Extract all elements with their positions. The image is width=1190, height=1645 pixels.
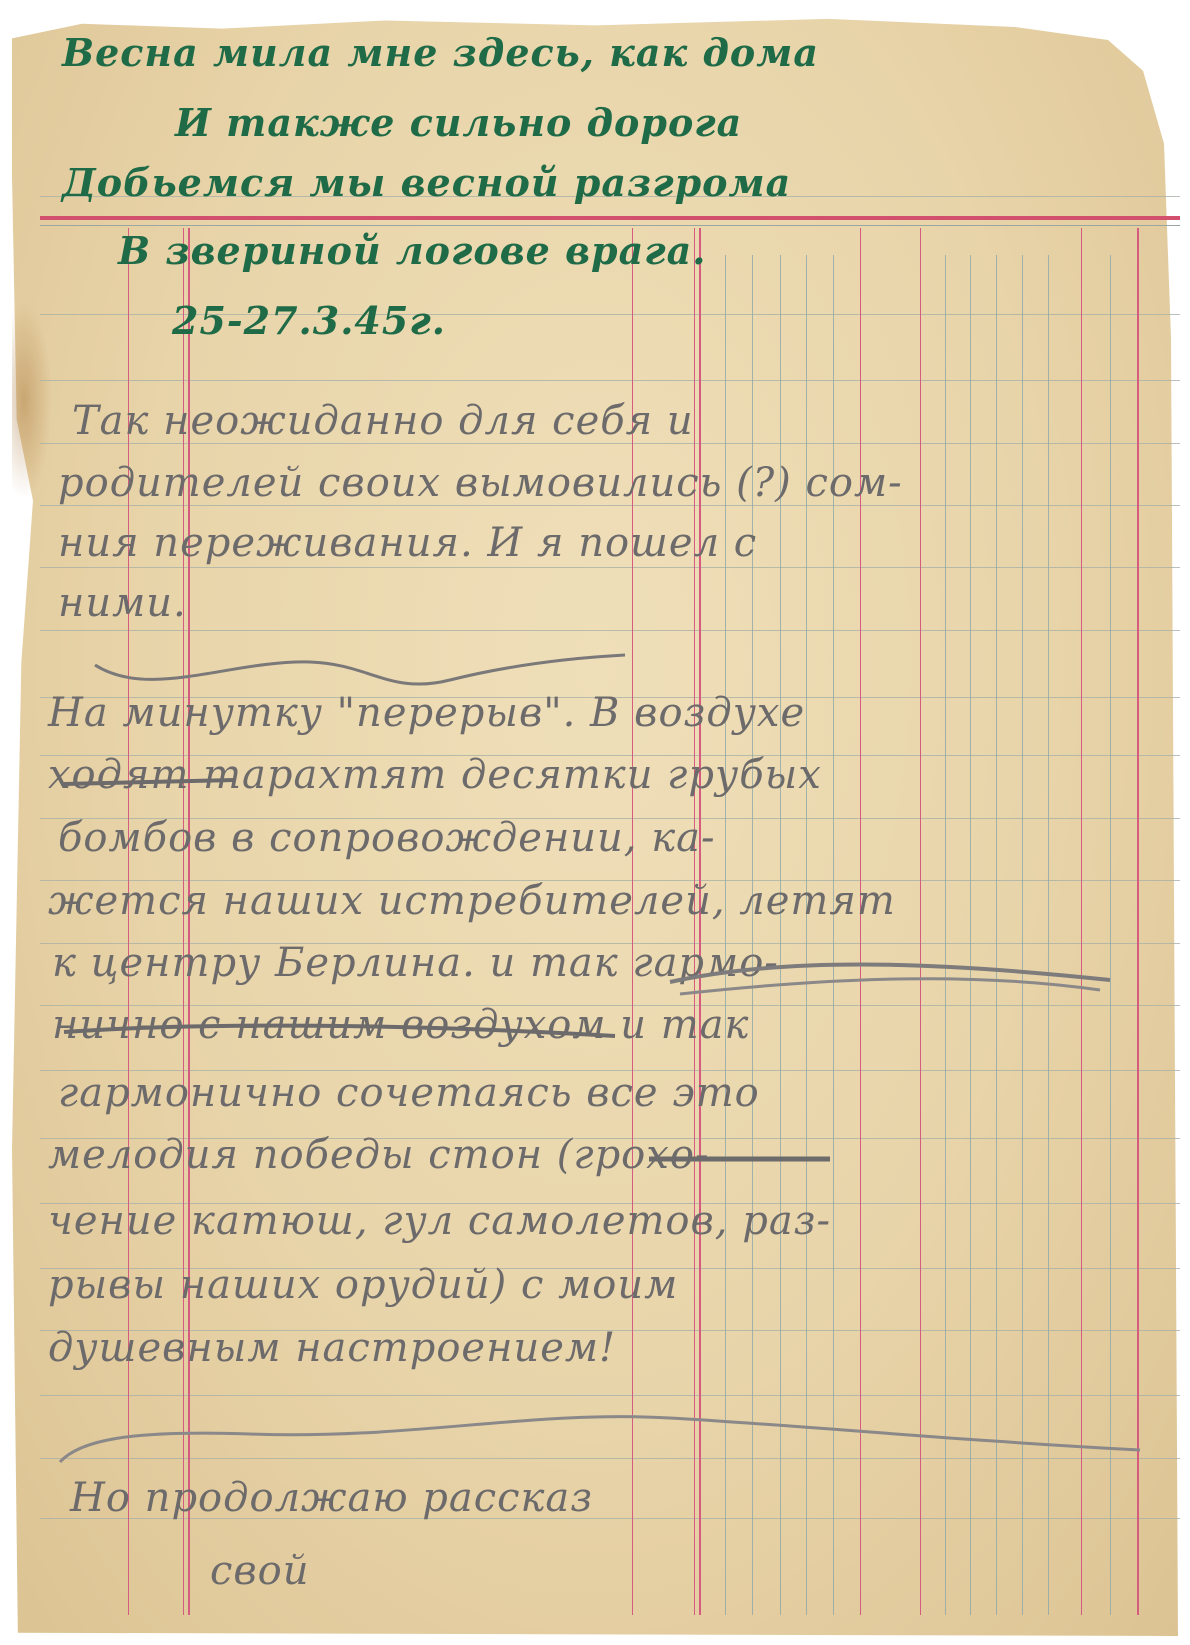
body-line: родителей своих вымовились (?) сом-	[58, 460, 903, 506]
body-line: ния переживания. И я пошел с	[58, 520, 757, 566]
strike-through-mark	[660, 950, 1120, 1010]
horizontal-rule	[40, 567, 1180, 568]
body-line: душевным настроением!	[48, 1325, 616, 1371]
horizontal-rule	[40, 630, 1180, 631]
squiggle-divider	[50, 1400, 1150, 1480]
verse-line-2: И также сильно дорога	[175, 100, 742, 145]
verse-line-4: В звериной логове врага.	[118, 228, 706, 273]
body-line: Так неожиданно для себя и	[72, 398, 694, 444]
body-line: ними.	[58, 580, 187, 626]
closing-line: Но продолжаю рассказ	[70, 1475, 593, 1521]
strike-through-mark	[645, 1145, 835, 1175]
strike-through-mark	[60, 1012, 620, 1052]
body-line: мелодия победы стон (грохо-	[48, 1132, 709, 1178]
date: 25-27.3.45г.	[172, 298, 446, 343]
body-line: бомбов в сопровождении, ка-	[58, 815, 716, 861]
body-line: чение катюш, гул самолетов, раз-	[48, 1198, 831, 1244]
horizontal-rule	[40, 1395, 1180, 1396]
header-underline-rule	[40, 225, 1180, 226]
strike-through-mark	[60, 770, 240, 800]
verse-line-1: Весна мила мне здесь, как дома	[62, 30, 819, 75]
horizontal-rule	[40, 380, 1180, 381]
red-header-rule	[40, 216, 1180, 220]
body-line: На минутку "перерыв". В воздухе	[48, 690, 805, 736]
closing-line: свой	[210, 1548, 310, 1594]
paper-stain	[12, 300, 52, 500]
verse-line-3: Добьемся мы весной разгрома	[62, 160, 791, 205]
body-line: жется наших истребителей, летят	[48, 878, 896, 924]
body-line: рывы наших орудий) с моим	[48, 1262, 678, 1308]
body-line: гармонично сочетаясь все это	[58, 1070, 760, 1116]
